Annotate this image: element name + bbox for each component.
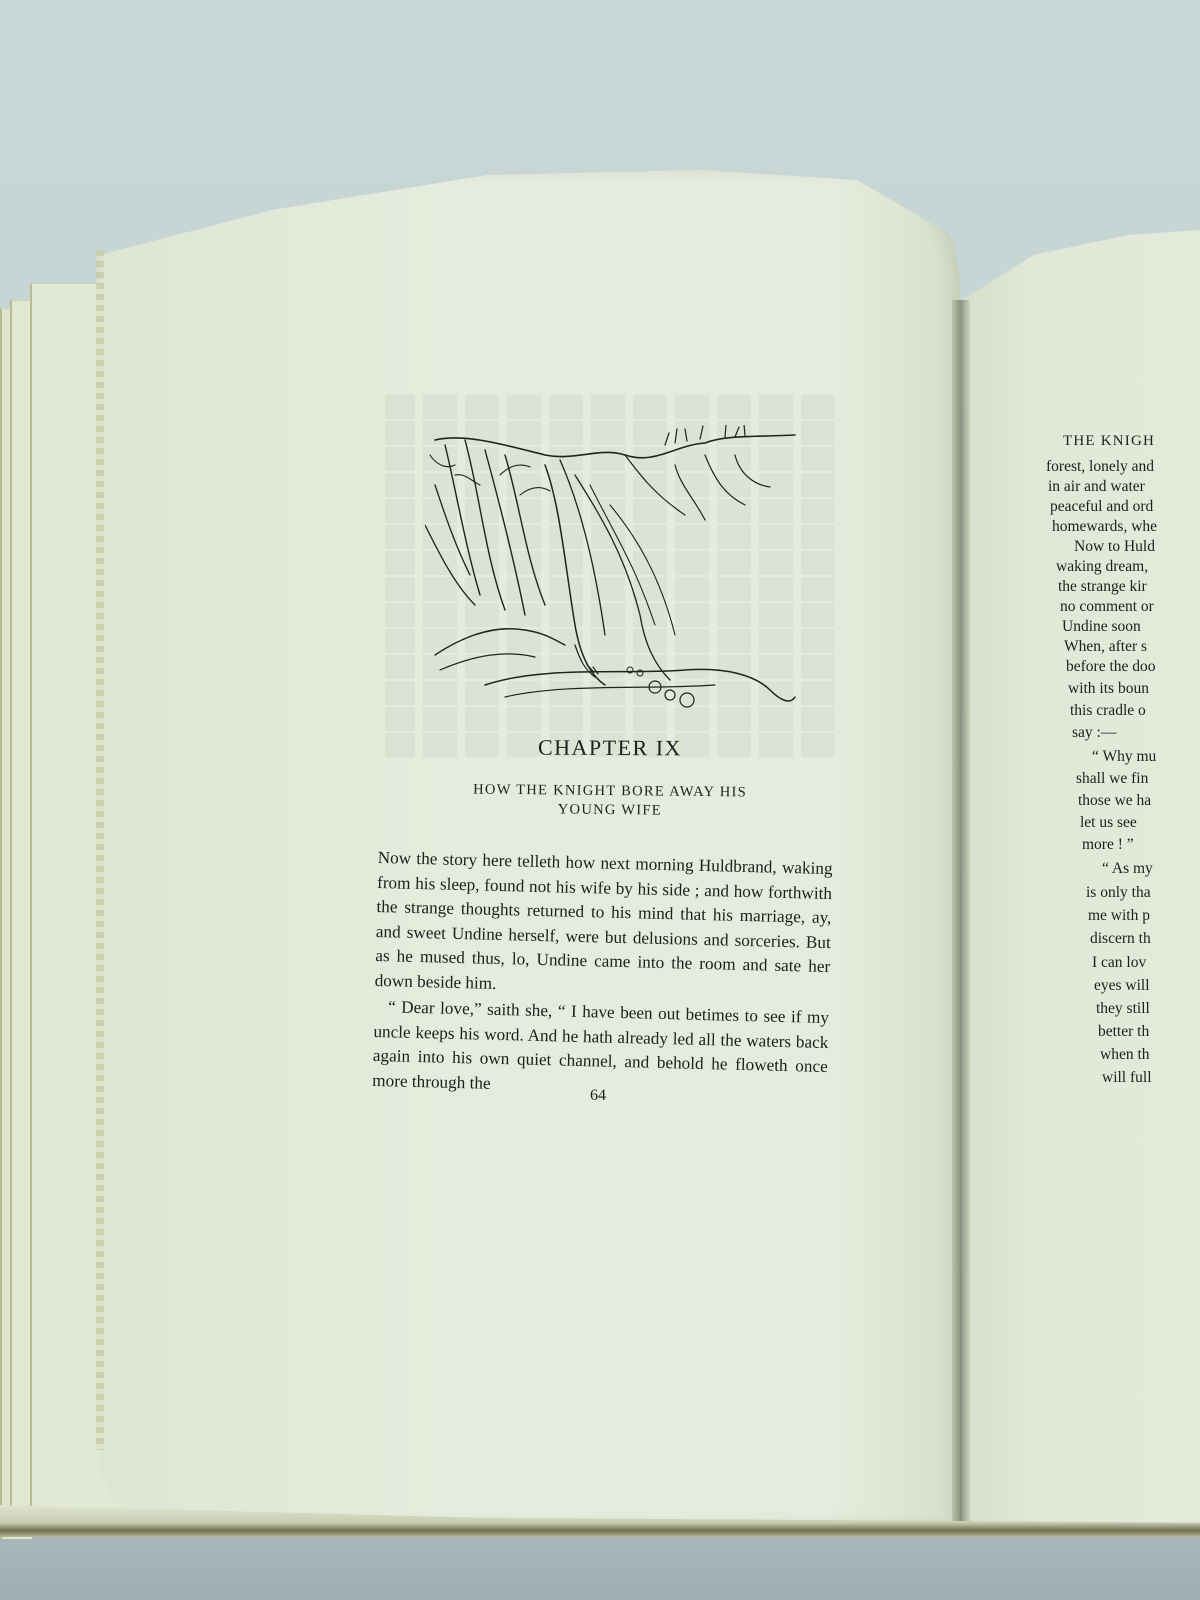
- text-line: more ! ”: [1082, 836, 1134, 854]
- text-line: is only tha: [1086, 884, 1151, 902]
- paragraph: Now the story here telleth how next morn…: [374, 846, 832, 1004]
- text-line: will full: [1102, 1069, 1152, 1087]
- text-line: When, after s: [1064, 638, 1147, 656]
- right-page: [962, 230, 1200, 1530]
- text-line: in air and water: [1048, 478, 1145, 496]
- text-line: waking dream,: [1056, 558, 1148, 576]
- text-line: me with p: [1088, 907, 1150, 925]
- book-gutter: [952, 300, 970, 1530]
- text-line: eyes will: [1094, 977, 1150, 995]
- left-page: [100, 170, 960, 1525]
- text-line: peaceful and ord: [1050, 498, 1153, 516]
- text-line: no comment or: [1060, 598, 1154, 616]
- text-line: forest, lonely and: [1046, 458, 1154, 476]
- text-line: they still: [1096, 1000, 1150, 1018]
- text-line: let us see: [1080, 814, 1137, 832]
- text-line: when th: [1100, 1046, 1150, 1064]
- text-line: better th: [1098, 1023, 1149, 1041]
- text-line: “ Why mu: [1092, 748, 1156, 766]
- text-line: those we ha: [1078, 792, 1151, 810]
- deckle-edge: [96, 250, 104, 1450]
- chapter-subtitle: HOW THE KNIGHT BORE AWAY HIS YOUNG WIFE: [400, 780, 820, 822]
- text-line: discern th: [1090, 930, 1151, 948]
- text-line: before the doo: [1066, 658, 1156, 676]
- text-line: with its boun: [1068, 680, 1149, 698]
- running-header: THE KNIGH: [1063, 433, 1155, 450]
- chapter-illustration: [425, 425, 800, 715]
- book-photo: CHAPTER IX HOW THE KNIGHT BORE AWAY HIS …: [0, 0, 1200, 1600]
- text-line: say :—: [1072, 724, 1116, 742]
- text-line: “ As my: [1102, 860, 1153, 878]
- text-line: the strange kir: [1058, 578, 1147, 596]
- text-line: homewards, whe: [1052, 518, 1157, 536]
- page-number: 64: [590, 1087, 606, 1105]
- text-line: I can lov: [1092, 954, 1146, 972]
- table-surface: [0, 1535, 1200, 1600]
- text-line: this cradle o: [1070, 702, 1146, 720]
- chapter-title: CHAPTER IX: [380, 734, 840, 762]
- text-line: Undine soon: [1062, 618, 1141, 636]
- text-line: shall we fin: [1076, 770, 1148, 788]
- chapter-body-text: Now the story here telleth how next morn…: [372, 846, 833, 1104]
- text-line: Now to Huld: [1074, 538, 1155, 556]
